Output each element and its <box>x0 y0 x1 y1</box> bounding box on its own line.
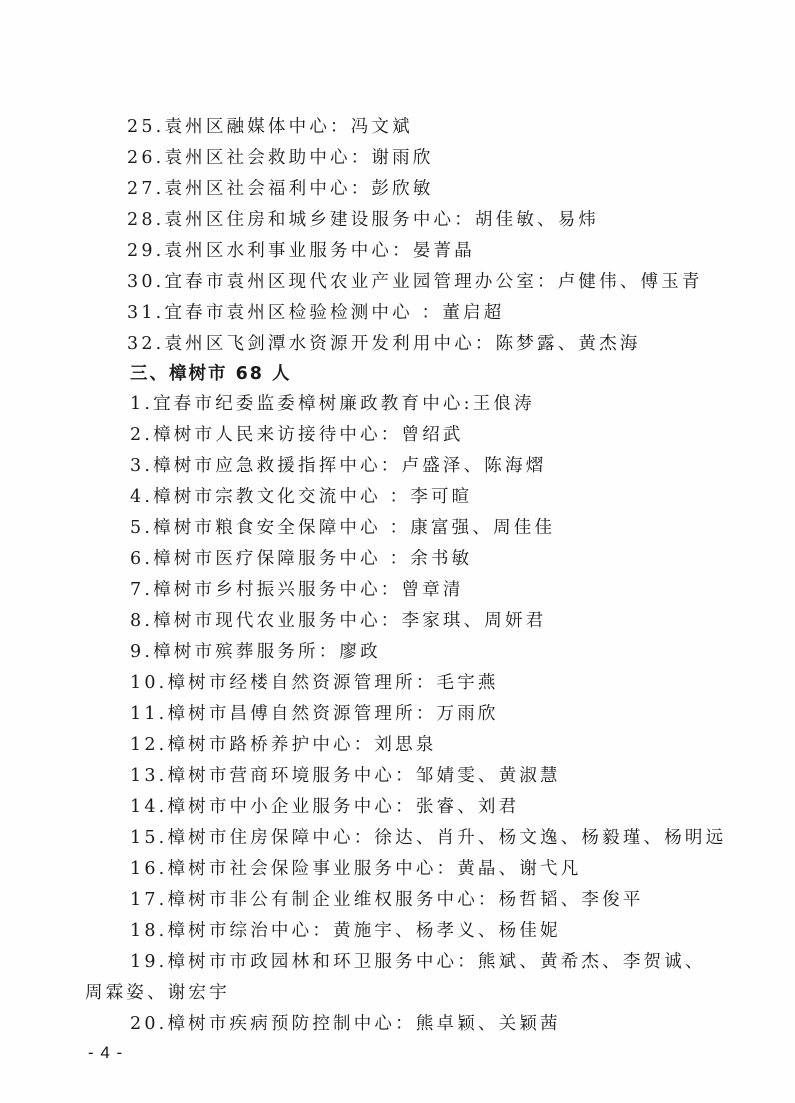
item-number: 31. <box>127 303 164 323</box>
item-text: 樟树市住房保障中心：徐达、肖升、杨文逸、杨毅瑾、杨明远 <box>167 828 726 848</box>
item-text: 袁州区社会福利中心：彭欣敏 <box>164 179 433 199</box>
list-item: 3.樟树市应急救援指挥中心：卢盛泽、陈海熠 <box>130 455 546 477</box>
item-text: 樟树市粮食安全保障中心 ：康富强、周佳佳 <box>153 518 555 538</box>
item-number: 6. <box>130 549 153 569</box>
item-number: 14. <box>130 797 167 817</box>
item-text: 樟树市社会保险事业服务中心：黄晶、谢弋凡 <box>167 859 581 879</box>
item-text: 袁州区飞剑潭水资源开发利用中心：陈梦露、黄杰海 <box>164 334 640 354</box>
list-item: 30.宜春市袁州区现代农业产业园管理办公室：卢健伟、傅玉青 <box>127 271 703 293</box>
item-text: 宜春市纪委监委樟树廉政教育中心:王俍涛 <box>153 394 535 414</box>
item-text: 樟树市综治中心：黄施宇、杨孝义、杨佳妮 <box>167 921 560 941</box>
document-page: 25.袁州区融媒体中心：冯文斌 26.袁州区社会救助中心：谢雨欣 27.袁州区社… <box>0 0 795 1103</box>
item-text: 樟树市应急救援指挥中心：卢盛泽、陈海熠 <box>153 456 546 476</box>
item-text: 周霖姿、谢宏宇 <box>85 983 230 1003</box>
item-text: 宜春市袁州区现代农业产业园管理办公室：卢健伟、傅玉青 <box>164 272 702 292</box>
item-number: 12. <box>130 735 167 755</box>
item-number: 3. <box>130 456 153 476</box>
list-item: 32.袁州区飞剑潭水资源开发利用中心：陈梦露、黄杰海 <box>127 333 641 355</box>
item-number: 19. <box>130 952 167 972</box>
list-item: 2.樟树市人民来访接待中心：曾绍武 <box>130 424 464 446</box>
item-text: 袁州区水利事业服务中心：晏菁晶 <box>164 241 475 261</box>
list-item: 16.樟树市社会保险事业服务中心：黄晶、谢弋凡 <box>130 858 581 880</box>
item-text: 樟树市现代农业服务中心：李家琪、周妍君 <box>153 611 546 631</box>
item-number: 18. <box>130 921 167 941</box>
item-number: 13. <box>130 766 167 786</box>
item-number: 10. <box>130 673 167 693</box>
list-item-continuation: 周霖姿、谢宏宇 <box>85 982 230 1004</box>
item-number: 32. <box>127 334 164 354</box>
item-text: 樟树市疾病预防控制中心：熊卓颖、关颖茜 <box>167 1014 560 1034</box>
item-number: 27. <box>127 179 164 199</box>
list-item: 31.宜春市袁州区检验检测中心 ：董启超 <box>127 302 504 324</box>
item-text: 袁州区住房和城乡建设服务中心：胡佳敏、易炜 <box>164 210 599 230</box>
list-item: 12.樟树市路桥养护中心：刘思泉 <box>130 734 437 756</box>
item-number: 7. <box>130 580 153 600</box>
item-text: 樟树市市政园林和环卫服务中心：熊斌、黄希杰、李贺诚、 <box>167 952 705 972</box>
item-text: 樟树市昌傅自然资源管理所：万雨欣 <box>167 704 498 724</box>
list-item: 19.樟树市市政园林和环卫服务中心：熊斌、黄希杰、李贺诚、 <box>130 951 706 973</box>
item-text: 樟树市殡葬服务所：廖政 <box>153 642 381 662</box>
list-item: 10.樟树市经楼自然资源管理所：毛宇燕 <box>130 672 499 694</box>
list-item: 4.樟树市宗教文化交流中心 ：李可暄 <box>130 486 472 508</box>
item-number: 30. <box>127 272 164 292</box>
item-text: 樟树市路桥养护中心：刘思泉 <box>167 735 436 755</box>
list-item: 14.樟树市中小企业服务中心：张睿、刘君 <box>130 796 519 818</box>
list-item: 5.樟树市粮食安全保障中心 ：康富强、周佳佳 <box>130 517 555 539</box>
list-item: 15.樟树市住房保障中心：徐达、肖升、杨文逸、杨毅瑾、杨明远 <box>130 827 726 849</box>
item-number: 4. <box>130 487 153 507</box>
item-text: 樟树市乡村振兴服务中心：曾章清 <box>153 580 464 600</box>
item-number: 2. <box>130 425 153 445</box>
item-text: 樟树市经楼自然资源管理所：毛宇燕 <box>167 673 498 693</box>
list-item: 7.樟树市乡村振兴服务中心：曾章清 <box>130 579 464 601</box>
item-number: 28. <box>127 210 164 230</box>
list-item: 20.樟树市疾病预防控制中心：熊卓颖、关颖茜 <box>130 1013 561 1035</box>
list-item: 11.樟树市昌傅自然资源管理所：万雨欣 <box>130 703 499 725</box>
item-number: 8. <box>130 611 153 631</box>
item-number: 5. <box>130 518 153 538</box>
item-number: 11. <box>130 704 167 724</box>
item-number: 9. <box>130 642 153 662</box>
item-text: 宜春市袁州区检验检测中心 ：董启超 <box>164 303 504 323</box>
list-item: 26.袁州区社会救助中心：谢雨欣 <box>127 147 434 169</box>
item-text: 樟树市非公有制企业维权服务中心：杨哲韬、李俊平 <box>167 890 643 910</box>
item-number: 16. <box>130 859 167 879</box>
list-item: 28.袁州区住房和城乡建设服务中心：胡佳敏、易炜 <box>127 209 599 231</box>
page-number: - 4 - <box>88 1043 123 1063</box>
item-number: 20. <box>130 1014 167 1034</box>
item-text: 樟树市中小企业服务中心：张睿、刘君 <box>167 797 519 817</box>
list-item: 17.樟树市非公有制企业维权服务中心：杨哲韬、李俊平 <box>130 889 644 911</box>
list-item: 18.樟树市综治中心：黄施宇、杨孝义、杨佳妮 <box>130 920 561 942</box>
list-item: 1.宜春市纪委监委樟树廉政教育中心:王俍涛 <box>130 393 535 415</box>
item-number: 26. <box>127 148 164 168</box>
list-item: 8.樟树市现代农业服务中心：李家琪、周妍君 <box>130 610 546 632</box>
item-number: 25. <box>127 117 164 137</box>
item-number: 1. <box>130 394 153 414</box>
item-number: 29. <box>127 241 164 261</box>
list-item: 29.袁州区水利事业服务中心：晏菁晶 <box>127 240 475 262</box>
item-text: 樟树市营商环境服务中心：邹婧雯、黄淑慧 <box>167 766 560 786</box>
list-item: 9.樟树市殡葬服务所：廖政 <box>130 641 381 663</box>
list-item: 25.袁州区融媒体中心：冯文斌 <box>127 116 413 138</box>
list-item: 13.樟树市营商环境服务中心：邹婧雯、黄淑慧 <box>130 765 561 787</box>
item-text: 袁州区社会救助中心：谢雨欣 <box>164 148 433 168</box>
item-text: 樟树市人民来访接待中心：曾绍武 <box>153 425 464 445</box>
item-text: 袁州区融媒体中心：冯文斌 <box>164 117 412 137</box>
item-text: 樟树市宗教文化交流中心 ：李可暄 <box>153 487 472 507</box>
list-item: 27.袁州区社会福利中心：彭欣敏 <box>127 178 434 200</box>
item-number: 15. <box>130 828 167 848</box>
section-heading: 三、樟树市 68 人 <box>130 363 292 385</box>
list-item: 6.樟树市医疗保障服务中心 ：余书敏 <box>130 548 472 570</box>
item-number: 17. <box>130 890 167 910</box>
item-text: 樟树市医疗保障服务中心 ：余书敏 <box>153 549 472 569</box>
